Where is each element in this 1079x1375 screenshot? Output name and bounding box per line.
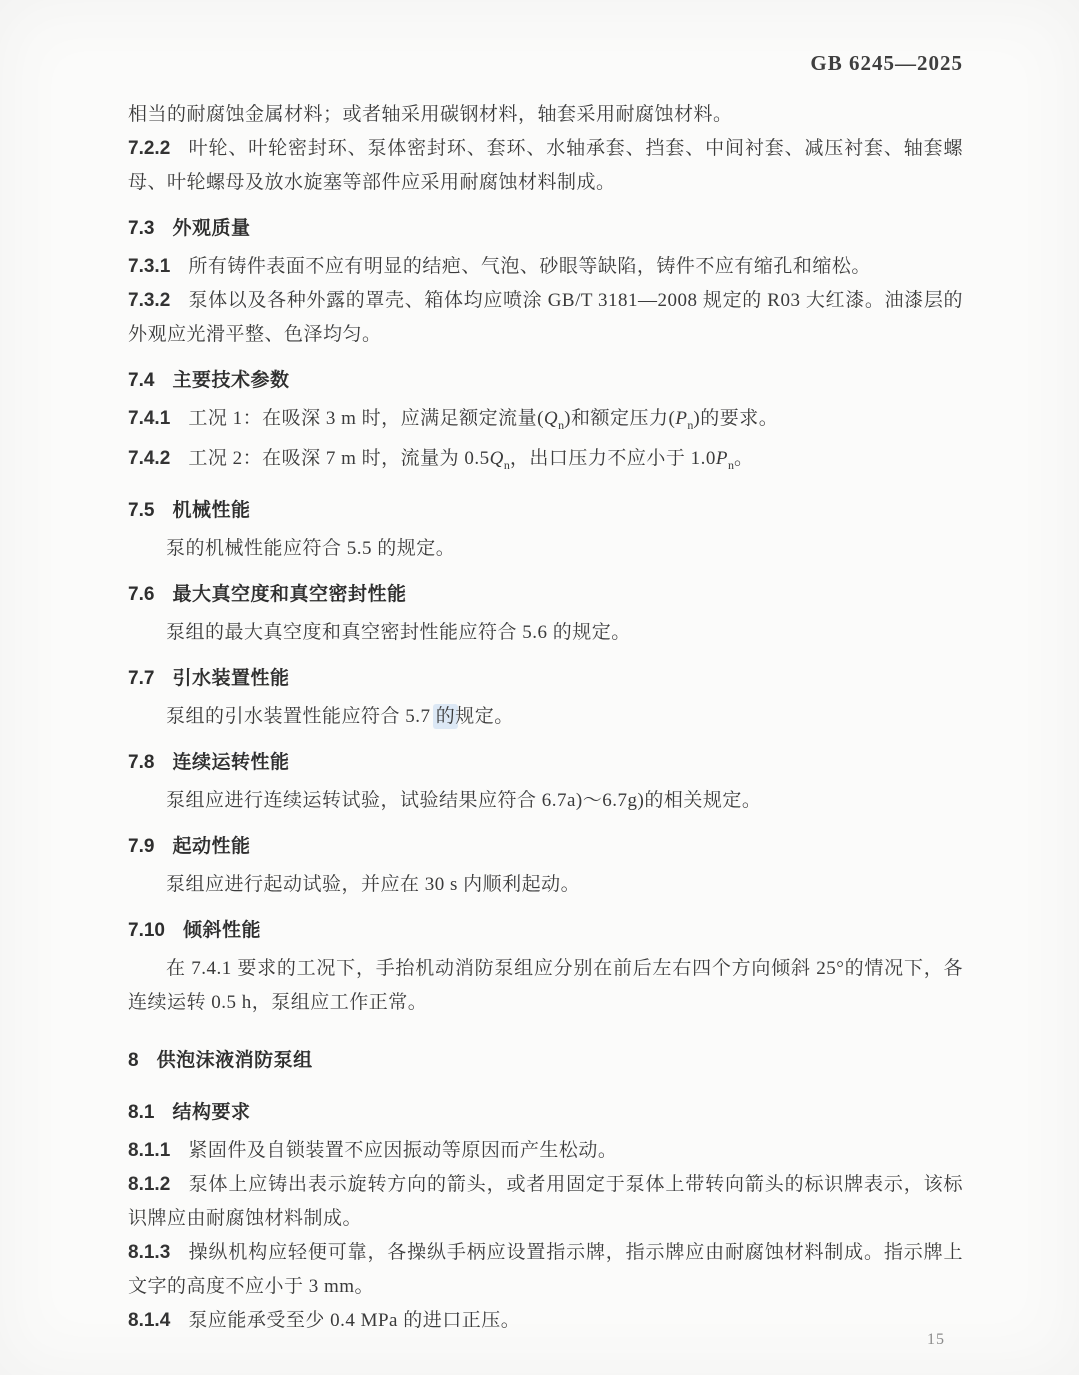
paragraph-text: 泵组的引水装置性能应符合 5.7 <box>166 706 436 727</box>
heading-number: 7.8 <box>128 752 154 773</box>
heading-number: 7.7 <box>128 668 154 689</box>
heading-title: 结构要求 <box>172 1102 250 1123</box>
clause-number: 7.3.2 <box>128 290 170 311</box>
clause-number: 7.2.2 <box>128 138 170 159</box>
paragraph-7-8: 泵组应进行连续运转试验，试验结果应符合 6.7a)～6.7g)的相关规定。 <box>128 784 963 818</box>
clause-8-1-1: 8.1.1紧固件及自锁装置不应因振动等原因而产生松动。 <box>128 1134 963 1168</box>
heading-number: 7.9 <box>128 836 154 857</box>
paragraph-text: 相当的耐腐蚀金属材料；或者轴采用碳钢材料，轴套采用耐腐蚀材料。 <box>128 104 733 125</box>
heading-number: 7.6 <box>128 584 154 605</box>
clause-text: 泵体上应铸出表示旋转方向的箭头，或者用固定于泵体上带转向箭头的标识牌表示，该标识… <box>128 1174 963 1229</box>
paragraph-text: 泵组应进行起动试验，并应在 30 s 内顺利起动。 <box>166 874 580 895</box>
heading-title: 外观质量 <box>172 218 250 239</box>
heading-number: 8 <box>128 1050 139 1071</box>
section-heading-7-5: 7.5机械性能 <box>128 498 963 524</box>
clause-7-2-2: 7.2.2叶轮、叶轮密封环、泵体密封环、套环、水轴承套、挡套、中间衬套、减压衬套… <box>128 132 963 200</box>
standard-code: GB 6245—2025 <box>810 51 963 75</box>
clause-number: 8.1.2 <box>128 1174 170 1195</box>
heading-title: 最大真空度和真空密封性能 <box>172 584 406 605</box>
variable-symbol: P <box>716 448 728 469</box>
clause-text: )和额定压力( <box>564 408 675 429</box>
section-heading-7-9: 7.9起动性能 <box>128 834 963 860</box>
variable-symbol: P <box>675 408 687 429</box>
clause-text: ，出口压力不应小于 1.0 <box>510 448 716 469</box>
clause-7-4-1: 7.4.1工况 1：在吸深 3 m 时，应满足额定流量(Qn)和额定压力(Pn)… <box>128 402 963 442</box>
clause-text: 。 <box>734 448 754 469</box>
page-header: GB 6245—2025 <box>0 0 1079 76</box>
variable-symbol: Q <box>544 408 558 429</box>
clause-text: 操纵机构应轻便可靠，各操纵手柄应设置指示牌，指示牌应由耐腐蚀材料制成。指示牌上文… <box>128 1242 963 1297</box>
paragraph-text: 规定。 <box>455 706 514 727</box>
heading-title: 主要技术参数 <box>172 370 289 391</box>
clause-text: )的要求。 <box>693 408 778 429</box>
heading-title: 供泡沫液消防泵组 <box>157 1050 313 1071</box>
paragraph-text: 泵的机械性能应符合 5.5 的规定。 <box>166 538 455 559</box>
clause-7-4-2: 7.4.2工况 2：在吸深 7 m 时，流量为 0.5Qn，出口压力不应小于 1… <box>128 442 963 482</box>
clause-8-1-3: 8.1.3操纵机构应轻便可靠，各操纵手柄应设置指示牌，指示牌应由耐腐蚀材料制成。… <box>128 1236 963 1304</box>
clause-number: 8.1.3 <box>128 1242 170 1263</box>
heading-title: 机械性能 <box>172 500 250 521</box>
paragraph-7-9: 泵组应进行起动试验，并应在 30 s 内顺利起动。 <box>128 868 963 902</box>
paragraph-text: 泵组应进行连续运转试验，试验结果应符合 6.7a)～6.7g)的相关规定。 <box>166 790 761 811</box>
paragraph-text: 在 7.4.1 要求的工况下，手抬机动消防泵组应分别在前后左右四个方向倾斜 25… <box>128 958 963 1013</box>
section-heading-7-4: 7.4主要技术参数 <box>128 368 963 394</box>
heading-title: 倾斜性能 <box>183 920 261 941</box>
clause-number: 7.4.2 <box>128 448 170 469</box>
paragraph-7-6: 泵组的最大真空度和真空密封性能应符合 5.6 的规定。 <box>128 616 963 650</box>
section-heading-7-6: 7.6最大真空度和真空密封性能 <box>128 582 963 608</box>
document-body: 相当的耐腐蚀金属材料；或者轴采用碳钢材料，轴套采用耐腐蚀材料。 7.2.2叶轮、… <box>0 76 1079 1338</box>
clause-text: 泵应能承受至少 0.4 MPa 的进口正压。 <box>188 1310 520 1331</box>
heading-number: 7.4 <box>128 370 154 391</box>
clause-text: 泵体以及各种外露的罩壳、箱体均应喷涂 GB/T 3181—2008 规定的 R0… <box>128 290 963 345</box>
clause-text: 叶轮、叶轮密封环、泵体密封环、套环、水轴承套、挡套、中间衬套、减压衬套、轴套螺母… <box>128 138 963 193</box>
paragraph-7-7: 泵组的引水装置性能应符合 5.7 的规定。 <box>128 700 963 734</box>
heading-number: 7.10 <box>128 920 165 941</box>
section-heading-7-3: 7.3外观质量 <box>128 216 963 242</box>
clause-8-1-2: 8.1.2泵体上应铸出表示旋转方向的箭头，或者用固定于泵体上带转向箭头的标识牌表… <box>128 1168 963 1236</box>
paragraph-text: 泵组的最大真空度和真空密封性能应符合 5.6 的规定。 <box>166 622 631 643</box>
paragraph-7-10: 在 7.4.1 要求的工况下，手抬机动消防泵组应分别在前后左右四个方向倾斜 25… <box>128 952 963 1020</box>
section-heading-7-7: 7.7引水装置性能 <box>128 666 963 692</box>
clause-text: 工况 1：在吸深 3 m 时，应满足额定流量( <box>188 408 544 429</box>
clause-number: 7.4.1 <box>128 408 170 429</box>
heading-number: 8.1 <box>128 1102 154 1123</box>
heading-title: 起动性能 <box>172 836 250 857</box>
variable-symbol: Q <box>490 448 504 469</box>
section-heading-7-10: 7.10倾斜性能 <box>128 918 963 944</box>
clause-number: 8.1.1 <box>128 1140 170 1161</box>
paragraph-continuation: 相当的耐腐蚀金属材料；或者轴采用碳钢材料，轴套采用耐腐蚀材料。 <box>128 98 963 132</box>
clause-text: 所有铸件表面不应有明显的结疤、气泡、砂眼等缺陷，铸件不应有缩孔和缩松。 <box>188 256 871 277</box>
clause-text: 紧固件及自锁装置不应因振动等原因而产生松动。 <box>188 1140 617 1161</box>
paragraph-7-5: 泵的机械性能应符合 5.5 的规定。 <box>128 532 963 566</box>
heading-title: 引水装置性能 <box>172 668 289 689</box>
section-heading-7-8: 7.8连续运转性能 <box>128 750 963 776</box>
chapter-heading-8: 8供泡沫液消防泵组 <box>128 1048 963 1074</box>
clause-7-3-1: 7.3.1所有铸件表面不应有明显的结疤、气泡、砂眼等缺陷，铸件不应有缩孔和缩松。 <box>128 250 963 284</box>
clause-text: 工况 2：在吸深 7 m 时，流量为 0.5 <box>188 448 489 469</box>
clause-number: 8.1.4 <box>128 1310 170 1331</box>
heading-title: 连续运转性能 <box>172 752 289 773</box>
heading-number: 7.3 <box>128 218 154 239</box>
page-number: 15 <box>927 1331 945 1349</box>
section-heading-8-1: 8.1结构要求 <box>128 1100 963 1126</box>
heading-number: 7.5 <box>128 500 154 521</box>
clause-7-3-2: 7.3.2泵体以及各种外露的罩壳、箱体均应喷涂 GB/T 3181—2008 规… <box>128 284 963 352</box>
clause-number: 7.3.1 <box>128 256 170 277</box>
clause-8-1-4: 8.1.4泵应能承受至少 0.4 MPa 的进口正压。 <box>128 1304 963 1338</box>
document-page: GB 6245—2025 相当的耐腐蚀金属材料；或者轴采用碳钢材料，轴套采用耐腐… <box>0 0 1079 1375</box>
